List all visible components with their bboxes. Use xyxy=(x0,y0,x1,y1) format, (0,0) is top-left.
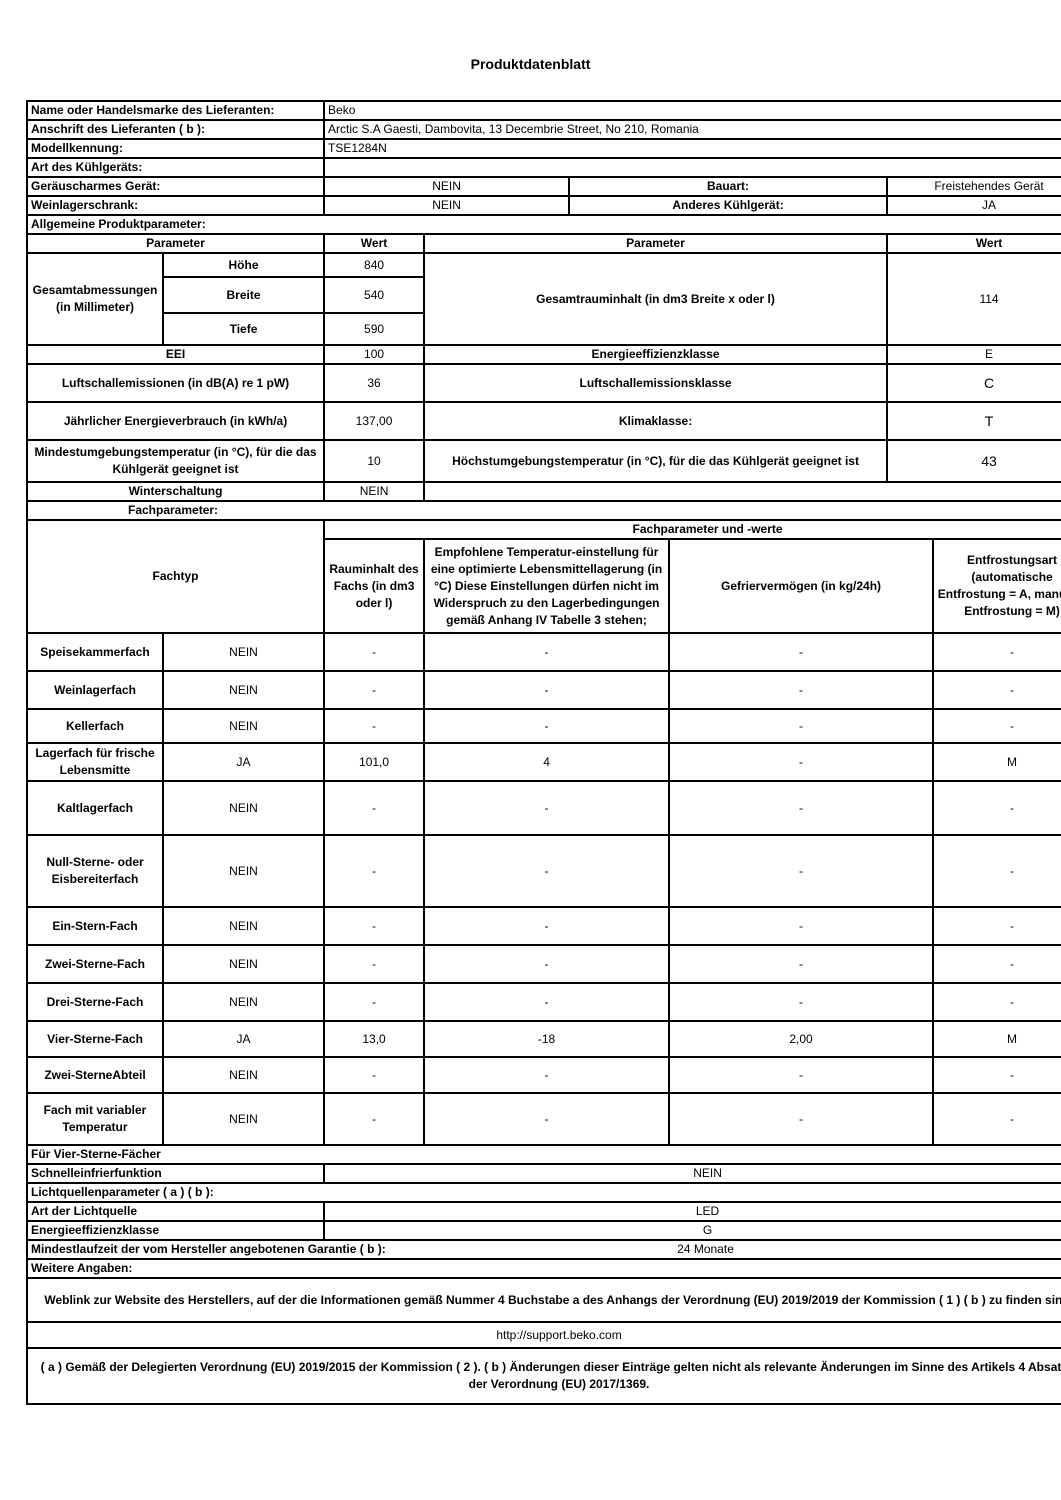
compartment-name: Ein-Stern-Fach xyxy=(27,907,163,945)
low-noise-value: NEIN xyxy=(324,177,569,196)
compartment-volume: - xyxy=(324,671,424,709)
col-value-header-2: Wert xyxy=(887,234,1061,253)
compartment-name: Vier-Sterne-Fach xyxy=(27,1021,163,1057)
compartment-temp: - xyxy=(424,1093,669,1145)
compartment-temp: - xyxy=(424,671,669,709)
width-label: Breite xyxy=(163,277,324,313)
general-section-label: Allgemeine Produktparameter: xyxy=(27,215,1061,234)
compartment-defrost-type: - xyxy=(933,1093,1061,1145)
supplier-name-row: Name oder Handelsmarke des Lieferanten: … xyxy=(27,101,1061,120)
col-parameter-header: Parameter xyxy=(27,234,324,253)
compartment-temp: - xyxy=(424,835,669,907)
compartment-freeze-capacity: 2,00 xyxy=(669,1021,933,1057)
compartment-row: Zwei-Sterne-FachNEIN---- xyxy=(27,945,1061,983)
light-type-row: Art der Lichtquelle LED xyxy=(27,1202,1061,1221)
further-section-label: Weitere Angaben: xyxy=(27,1259,1061,1278)
compartment-freeze-capacity: - xyxy=(669,1093,933,1145)
page-title: Produktdatenblatt xyxy=(0,56,1061,72)
compartment-defrost-type: - xyxy=(933,709,1061,743)
fast-freeze-row: Schnelleinfrierfunktion NEIN xyxy=(27,1164,1061,1183)
compartment-volume: - xyxy=(324,983,424,1021)
compartment-defrost-type: - xyxy=(933,945,1061,983)
compartment-row: Zwei-SterneAbteilNEIN---- xyxy=(27,1057,1061,1093)
general-header-row: Parameter Wert Parameter Wert xyxy=(27,234,1061,253)
compartment-present: NEIN xyxy=(163,633,324,671)
compartment-row: Ein-Stern-FachNEIN---- xyxy=(27,907,1061,945)
compartment-volume: 13,0 xyxy=(324,1021,424,1057)
annual-energy-row: Jährlicher Energieverbrauch (in kWh/a) 1… xyxy=(27,402,1061,440)
energy-class-label: Energieeffizienzklasse xyxy=(424,345,887,364)
compartment-name: Null-Sterne- oder Eisbereiterfach xyxy=(27,835,163,907)
climate-class-value: T xyxy=(887,402,1061,440)
compartment-name: Fach mit variabler Temperatur xyxy=(27,1093,163,1145)
compartment-freeze-capacity: - xyxy=(669,709,933,743)
light-class-label: Energieeffizienzklasse xyxy=(27,1221,324,1240)
compartment-type-header: Fachtyp xyxy=(27,520,324,633)
compartment-defrost-type: - xyxy=(933,671,1061,709)
col-volume-header: Rauminhalt des Fachs (in dm3 oder l) xyxy=(324,539,424,633)
total-volume-value: 114 xyxy=(887,253,1061,345)
low-noise-row: Geräuscharmes Gerät: NEIN Bauart: Freist… xyxy=(27,177,1061,196)
other-device-label: Anderes Kühlgerät: xyxy=(569,196,887,215)
compartment-volume: - xyxy=(324,1093,424,1145)
general-section-row: Allgemeine Produktparameter: xyxy=(27,215,1061,234)
annual-energy-value: 137,00 xyxy=(324,402,424,440)
low-noise-label: Geräuscharmes Gerät: xyxy=(27,177,324,196)
compartment-freeze-capacity: - xyxy=(669,671,933,709)
weblink-text-row: Weblink zur Website des Herstellers, auf… xyxy=(27,1278,1061,1322)
compartment-defrost-type: - xyxy=(933,781,1061,835)
device-type-label: Art des Kühlgeräts: xyxy=(27,158,324,177)
warranty-row: Mindestlaufzeit der vom Hersteller angeb… xyxy=(27,1240,1061,1259)
supplier-name-label: Name oder Handelsmarke des Lieferanten: xyxy=(27,101,324,120)
compartment-volume: - xyxy=(324,835,424,907)
footnote-text: ( a ) Gemäß der Delegierten Verordnung (… xyxy=(27,1348,1061,1404)
device-type-value xyxy=(324,158,1061,177)
compartment-freeze-capacity: - xyxy=(669,835,933,907)
col-temp-header: Empfohlene Temperatur-einstellung für ei… xyxy=(424,539,669,633)
light-class-row: Energieeffizienzklasse G xyxy=(27,1221,1061,1240)
compartment-name: Zwei-Sterne-Fach xyxy=(27,945,163,983)
light-section-label: Lichtquellenparameter ( a ) ( b ): xyxy=(27,1183,1061,1202)
wine-cabinet-label: Weinlagerschrank: xyxy=(27,196,324,215)
total-volume-label: Gesamtrauminhalt (in dm3 Breite x oder l… xyxy=(424,253,887,345)
supplier-address-row: Anschrift des Lieferanten ( b ): Arctic … xyxy=(27,120,1061,139)
four-star-section-label: Für Vier-Sterne-Fächer xyxy=(27,1145,1061,1164)
compartment-row: Null-Sterne- oder EisbereiterfachNEIN---… xyxy=(27,835,1061,907)
eei-value: 100 xyxy=(324,345,424,364)
compartment-defrost-type: M xyxy=(933,1021,1061,1057)
further-section-row: Weitere Angaben: xyxy=(27,1259,1061,1278)
compartment-defrost-type: M xyxy=(933,743,1061,781)
wine-cabinet-value: NEIN xyxy=(324,196,569,215)
fast-freeze-label: Schnelleinfrierfunktion xyxy=(27,1164,324,1183)
compartment-temp: -18 xyxy=(424,1021,669,1057)
winter-empty xyxy=(424,482,1061,501)
compartment-freeze-capacity: - xyxy=(669,983,933,1021)
compartment-group-row: Fachtyp Fachparameter und -werte xyxy=(27,520,1061,539)
compartment-name: Speisekammerfach xyxy=(27,633,163,671)
warranty-cell: Mindestlaufzeit der vom Hersteller angeb… xyxy=(27,1240,1061,1259)
compartment-name: Zwei-SterneAbteil xyxy=(27,1057,163,1093)
compartment-present: NEIN xyxy=(163,835,324,907)
model-label: Modellkennung: xyxy=(27,139,324,158)
compartment-temp: 4 xyxy=(424,743,669,781)
compartment-present: NEIN xyxy=(163,671,324,709)
energy-class-value: E xyxy=(887,345,1061,364)
compartment-temp: - xyxy=(424,781,669,835)
product-data-sheet: Name oder Handelsmarke des Lieferanten: … xyxy=(26,100,1061,1405)
col-freeze-header: Gefriervermögen (in kg/24h) xyxy=(669,539,933,633)
manufacturer-url-link[interactable]: http://support.beko.com xyxy=(27,1322,1061,1348)
compartment-present: NEIN xyxy=(163,907,324,945)
depth-label: Tiefe xyxy=(163,313,324,345)
col-defrost-header: Entfrostungsart (automatische Entfrostun… xyxy=(933,539,1061,633)
compartment-row: Fach mit variabler TemperaturNEIN---- xyxy=(27,1093,1061,1145)
compartment-present: JA xyxy=(163,1021,324,1057)
compartment-freeze-capacity: - xyxy=(669,781,933,835)
eei-row: EEI 100 Energieeffizienzklasse E xyxy=(27,345,1061,364)
compartment-name: Kellerfach xyxy=(27,709,163,743)
url-row: http://support.beko.com xyxy=(27,1322,1061,1348)
light-type-value: LED xyxy=(324,1202,1061,1221)
compartment-volume: - xyxy=(324,1057,424,1093)
temperature-row: Mindestumgebungstemperatur (in °C), für … xyxy=(27,440,1061,482)
design-value: Freistehendes Gerät xyxy=(887,177,1061,196)
depth-value: 590 xyxy=(324,313,424,345)
compartment-volume: - xyxy=(324,633,424,671)
compartment-freeze-capacity: - xyxy=(669,1057,933,1093)
compartment-row: SpeisekammerfachNEIN---- xyxy=(27,633,1061,671)
min-temp-label: Mindestumgebungstemperatur (in °C), für … xyxy=(27,440,324,482)
noise-value: 36 xyxy=(324,364,424,402)
light-section-row: Lichtquellenparameter ( a ) ( b ): xyxy=(27,1183,1061,1202)
model-row: Modellkennung: TSE1284N xyxy=(27,139,1061,158)
weblink-text: Weblink zur Website des Herstellers, auf… xyxy=(27,1278,1061,1322)
model-value: TSE1284N xyxy=(324,139,1061,158)
compartment-present: NEIN xyxy=(163,781,324,835)
winter-row: Winterschaltung NEIN xyxy=(27,482,1061,501)
compartment-volume: 101,0 xyxy=(324,743,424,781)
compartment-freeze-capacity: - xyxy=(669,907,933,945)
compartment-row: Drei-Sterne-FachNEIN---- xyxy=(27,983,1061,1021)
dimensions-label: Gesamtabmessungen (in Millimeter) xyxy=(27,253,163,345)
compartment-present: NEIN xyxy=(163,1093,324,1145)
other-device-value: JA xyxy=(887,196,1061,215)
max-temp-label: Höchstumgebungstemperatur (in °C), für d… xyxy=(424,440,887,482)
compartment-volume: - xyxy=(324,781,424,835)
noise-class-value: C xyxy=(887,364,1061,402)
compartment-temp: - xyxy=(424,983,669,1021)
compartment-present: NEIN xyxy=(163,709,324,743)
fast-freeze-value: NEIN xyxy=(324,1164,1061,1183)
light-type-label: Art der Lichtquelle xyxy=(27,1202,324,1221)
compartment-group-header: Fachparameter und -werte xyxy=(324,520,1061,539)
compartment-present: JA xyxy=(163,743,324,781)
design-label: Bauart: xyxy=(569,177,887,196)
supplier-name-value: Beko xyxy=(324,101,1061,120)
compartment-defrost-type: - xyxy=(933,983,1061,1021)
max-temp-value: 43 xyxy=(887,440,1061,482)
col-value-header: Wert xyxy=(324,234,424,253)
min-temp-value: 10 xyxy=(324,440,424,482)
wine-cabinet-row: Weinlagerschrank: NEIN Anderes Kühlgerät… xyxy=(27,196,1061,215)
supplier-address-value: Arctic S.A Gaesti, Dambovita, 13 Decembr… xyxy=(324,120,1061,139)
compartment-section-label: Fachparameter: xyxy=(27,501,1061,520)
compartment-present: NEIN xyxy=(163,945,324,983)
supplier-address-label: Anschrift des Lieferanten ( b ): xyxy=(27,120,324,139)
compartment-volume: - xyxy=(324,945,424,983)
height-row: Gesamtabmessungen (in Millimeter) Höhe 8… xyxy=(27,253,1061,277)
warranty-label: Mindestlaufzeit der vom Hersteller angeb… xyxy=(28,1241,501,1258)
compartment-defrost-type: - xyxy=(933,633,1061,671)
noise-row: Luftschallemissionen (in dB(A) re 1 pW) … xyxy=(27,364,1061,402)
winter-label: Winterschaltung xyxy=(27,482,324,501)
compartment-temp: - xyxy=(424,907,669,945)
climate-class-label: Klimaklasse: xyxy=(424,402,887,440)
compartment-name: Drei-Sterne-Fach xyxy=(27,983,163,1021)
compartment-defrost-type: - xyxy=(933,835,1061,907)
compartment-name: Kaltlagerfach xyxy=(27,781,163,835)
noise-label: Luftschallemissionen (in dB(A) re 1 pW) xyxy=(27,364,324,402)
col-parameter-header-2: Parameter xyxy=(424,234,887,253)
noise-class-label: Luftschallemissionsklasse xyxy=(424,364,887,402)
footnote-row: ( a ) Gemäß der Delegierten Verordnung (… xyxy=(27,1348,1061,1404)
compartment-volume: - xyxy=(324,709,424,743)
compartment-defrost-type: - xyxy=(933,1057,1061,1093)
compartment-temp: - xyxy=(424,1057,669,1093)
light-class-value: G xyxy=(324,1221,1061,1240)
compartment-freeze-capacity: - xyxy=(669,743,933,781)
eei-label: EEI xyxy=(27,345,324,364)
device-type-row: Art des Kühlgeräts: xyxy=(27,158,1061,177)
compartment-name: Weinlagerfach xyxy=(27,671,163,709)
compartment-section-row: Fachparameter: xyxy=(27,501,1061,520)
height-label: Höhe xyxy=(163,253,324,277)
compartment-row: KellerfachNEIN---- xyxy=(27,709,1061,743)
width-value: 540 xyxy=(324,277,424,313)
compartment-freeze-capacity: - xyxy=(669,633,933,671)
compartment-freeze-capacity: - xyxy=(669,945,933,983)
compartment-temp: - xyxy=(424,633,669,671)
compartment-row: KaltlagerfachNEIN---- xyxy=(27,781,1061,835)
compartment-temp: - xyxy=(424,709,669,743)
compartment-row: Vier-Sterne-FachJA13,0-182,00M xyxy=(27,1021,1061,1057)
annual-energy-label: Jährlicher Energieverbrauch (in kWh/a) xyxy=(27,402,324,440)
compartment-temp: - xyxy=(424,945,669,983)
warranty-value: 24 Monate xyxy=(501,1241,1061,1258)
compartment-present: NEIN xyxy=(163,1057,324,1093)
compartment-row: WeinlagerfachNEIN---- xyxy=(27,671,1061,709)
winter-value: NEIN xyxy=(324,482,424,501)
compartment-name: Lagerfach für frische Lebensmitte xyxy=(27,743,163,781)
height-value: 840 xyxy=(324,253,424,277)
compartment-volume: - xyxy=(324,907,424,945)
compartment-present: NEIN xyxy=(163,983,324,1021)
compartment-defrost-type: - xyxy=(933,907,1061,945)
four-star-section-row: Für Vier-Sterne-Fächer xyxy=(27,1145,1061,1164)
compartment-row: Lagerfach für frische LebensmitteJA101,0… xyxy=(27,743,1061,781)
